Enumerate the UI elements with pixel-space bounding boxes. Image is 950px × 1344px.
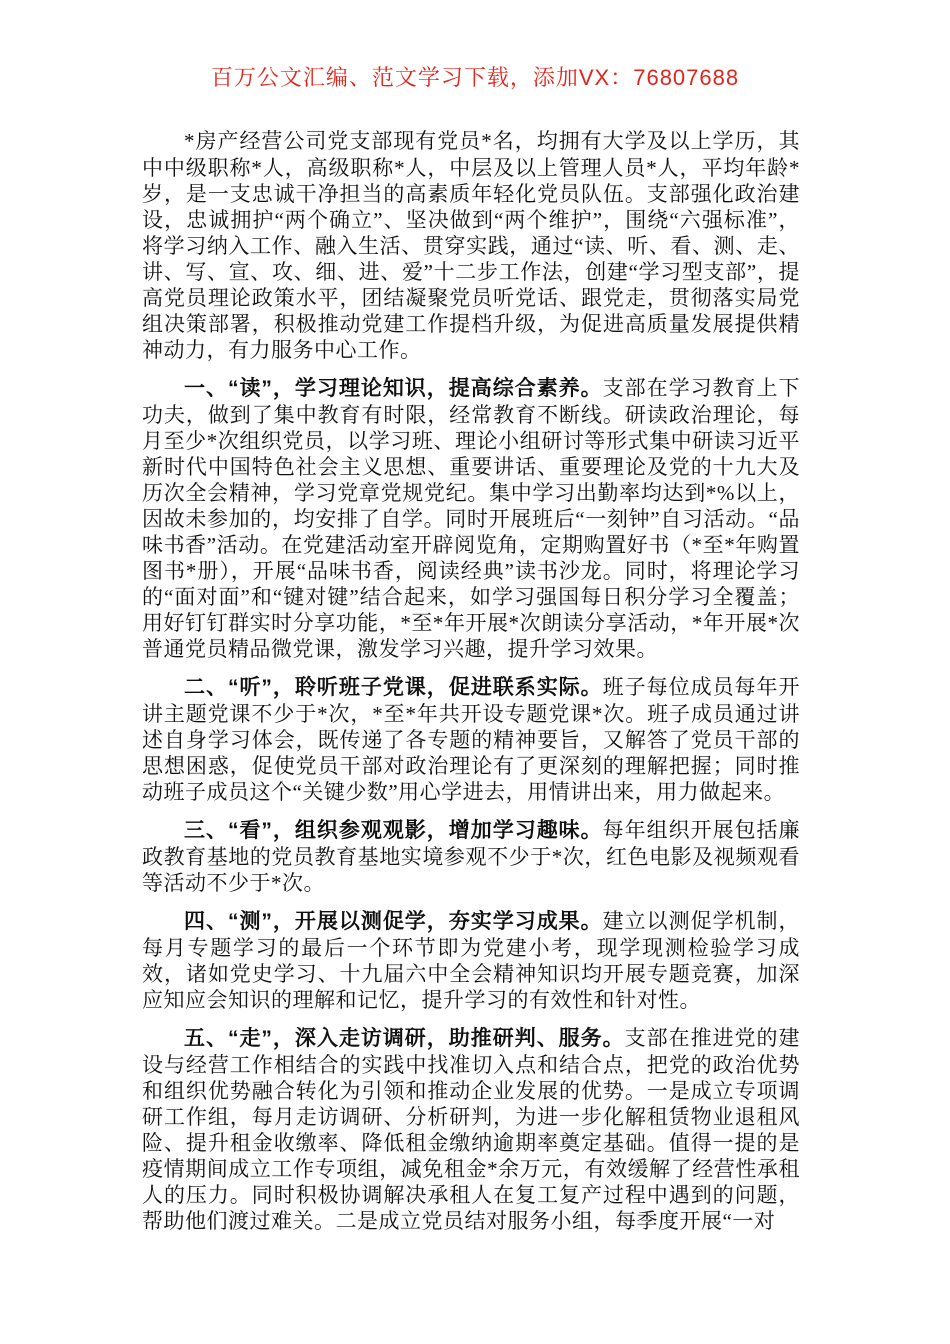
paragraph-section-3-heading: 三、“看”，组织参观观影，增加学习趣味。 [184, 819, 603, 842]
paragraph-section-4-test: 四、“测”，开展以测促学，夯实学习成果。建立以测促学机制，每月专题学习的最后一个… [142, 908, 800, 1013]
paragraph-section-1-heading: 一、“读”，学习理论知识，提高综合素养。 [184, 377, 603, 400]
document-page: 百万公文汇编、范文学习下载，添加VX：76807688 *房产经营公司党支部现有… [0, 0, 950, 1344]
document-body: *房产经营公司党支部现有党员*名，均拥有大学及以上学历，其中中级职称*人，高级职… [142, 128, 800, 1234]
paragraph-section-5-visit: 五、“走”，深入走访调研，助推研判、服务。支部在推进党的建设与经营工作相结合的实… [142, 1025, 800, 1234]
watermark-notice: 百万公文汇编、范文学习下载，添加VX：76807688 [0, 0, 950, 92]
paragraph-section-2-heading: 二、“听”，聆听班子党课，促进联系实际。 [184, 676, 603, 699]
paragraph-intro: *房产经营公司党支部现有党员*名，均拥有大学及以上学历，其中中级职称*人，高级职… [142, 128, 800, 363]
paragraph-section-1-text: 支部在学习教育上下功夫，做到了集中教育有时限，经常教育不断线。研读政治理论，每月… [142, 376, 800, 661]
paragraph-section-4-heading: 四、“测”，开展以测促学，夯实学习成果。 [184, 910, 603, 933]
paragraph-section-5-heading: 五、“走”，深入走访调研，助推研判、服务。 [184, 1027, 625, 1050]
paragraph-section-3-watch: 三、“看”，组织参观观影，增加学习趣味。每年组织开展包括廉政教育基地的党员教育基… [142, 817, 800, 896]
paragraph-section-1-read: 一、“读”，学习理论知识，提高综合素养。支部在学习教育上下功夫，做到了集中教育有… [142, 375, 800, 662]
paragraph-section-2-listen: 二、“听”，聆听班子党课，促进联系实际。班子每位成员每年开讲主题党课不少于*次，… [142, 674, 800, 805]
paragraph-section-5-text: 支部在推进党的建设与经营工作相结合的实践中找准切入点和结合点，把党的政治优势和组… [142, 1026, 800, 1233]
paragraph-intro-text: *房产经营公司党支部现有党员*名，均拥有大学及以上学历，其中中级职称*人，高级职… [142, 129, 800, 362]
